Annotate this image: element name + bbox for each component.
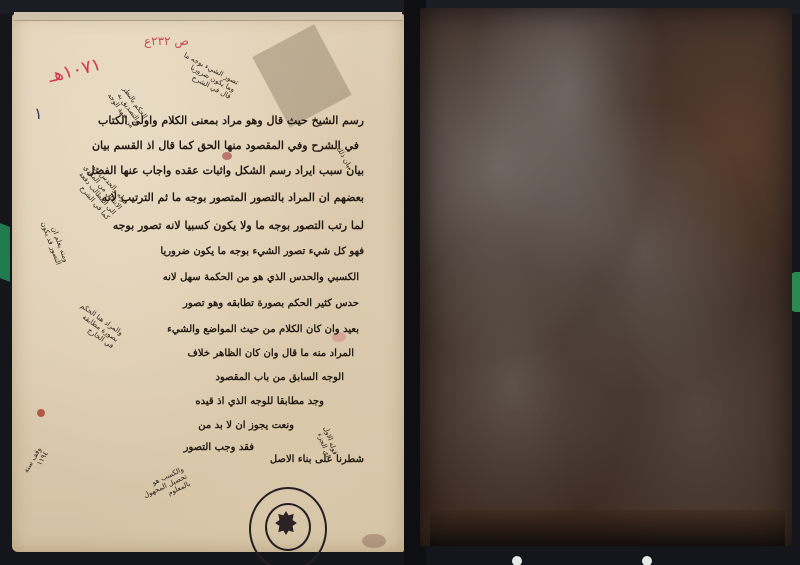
marginal-note: تصور الشيء بوجه ماوما يكون ضرورياقال في … — [175, 51, 240, 101]
marginal-note: والمراد هنا الحكمبصورة مطابقةفي الخارج — [70, 302, 125, 350]
marginal-note: ومنه يعلم انالتصور قد يكون — [39, 218, 70, 266]
ink-stain — [362, 534, 386, 548]
red-shelfmark: ١٠٧١هـ — [46, 54, 103, 87]
ownership-seal — [249, 487, 327, 565]
main-text-line: الكسبي والحدس الذي هو من الحكمة سهل لانه — [163, 272, 359, 283]
main-text-line: حدس كثير الحكم بصورة تطابقه وهو تصور — [183, 298, 359, 309]
red-reference: ص ٢٣٢ع — [144, 34, 189, 48]
marginal-note: وقف سنة١١٩٤ — [22, 446, 50, 478]
main-text-line: بعيد وان كان الكلام من حيث المواضع والشي… — [167, 324, 359, 335]
ink-stain — [37, 409, 45, 417]
page-top-edge — [14, 12, 402, 21]
tape-patch — [252, 24, 351, 127]
main-text-line: فهو كل شيء تصور الشيء بوجه ما يكون ضروري… — [160, 246, 364, 257]
main-text-line: شطرنا على بناء الاصل — [270, 454, 364, 465]
manuscript-photo: ١٠٧١هـ ص ٢٣٢ع ١ رسم الشيخ حيث قال وهو مر… — [0, 0, 800, 565]
main-text-line: المراد منه ما قال وان كان الظاهر خلاف — [188, 348, 354, 359]
cover-bottom-edge — [430, 510, 785, 546]
main-text-line: ونعت يجوز ان لا بد من — [198, 420, 294, 431]
main-text-line: فقد وجب التصور — [184, 442, 254, 453]
main-text-line: بيان سبب ايراد رسم الشكل واثبات عقده واج… — [87, 164, 364, 177]
main-text-line: لما رتب التصور بوجه ما ولا يكون كسبيا لا… — [113, 219, 364, 232]
white-marker-dot — [512, 556, 522, 565]
green-strip-left — [0, 223, 10, 282]
white-marker-dot — [642, 556, 652, 565]
main-text-line: بعضهم ان المراد بالتصور المتصور بوجه ما … — [102, 191, 364, 204]
manuscript-page: ١٠٧١هـ ص ٢٣٢ع ١ رسم الشيخ حيث قال وهو مر… — [12, 14, 404, 552]
folio-mark: ١ — [34, 104, 43, 123]
main-text-line: الوجه السابق من باب المقصود — [215, 372, 344, 383]
ink-stain — [222, 152, 232, 160]
main-text-line: في الشرح وفي المقصود منها الحق كما قال ا… — [92, 139, 359, 152]
main-text-line: وجد مطابقا للوجه الذي اذ قيده — [195, 396, 324, 407]
book-cover — [420, 8, 792, 546]
marginal-note: والكسب هوتحصيل المجهولبالمعلوم — [139, 465, 192, 507]
